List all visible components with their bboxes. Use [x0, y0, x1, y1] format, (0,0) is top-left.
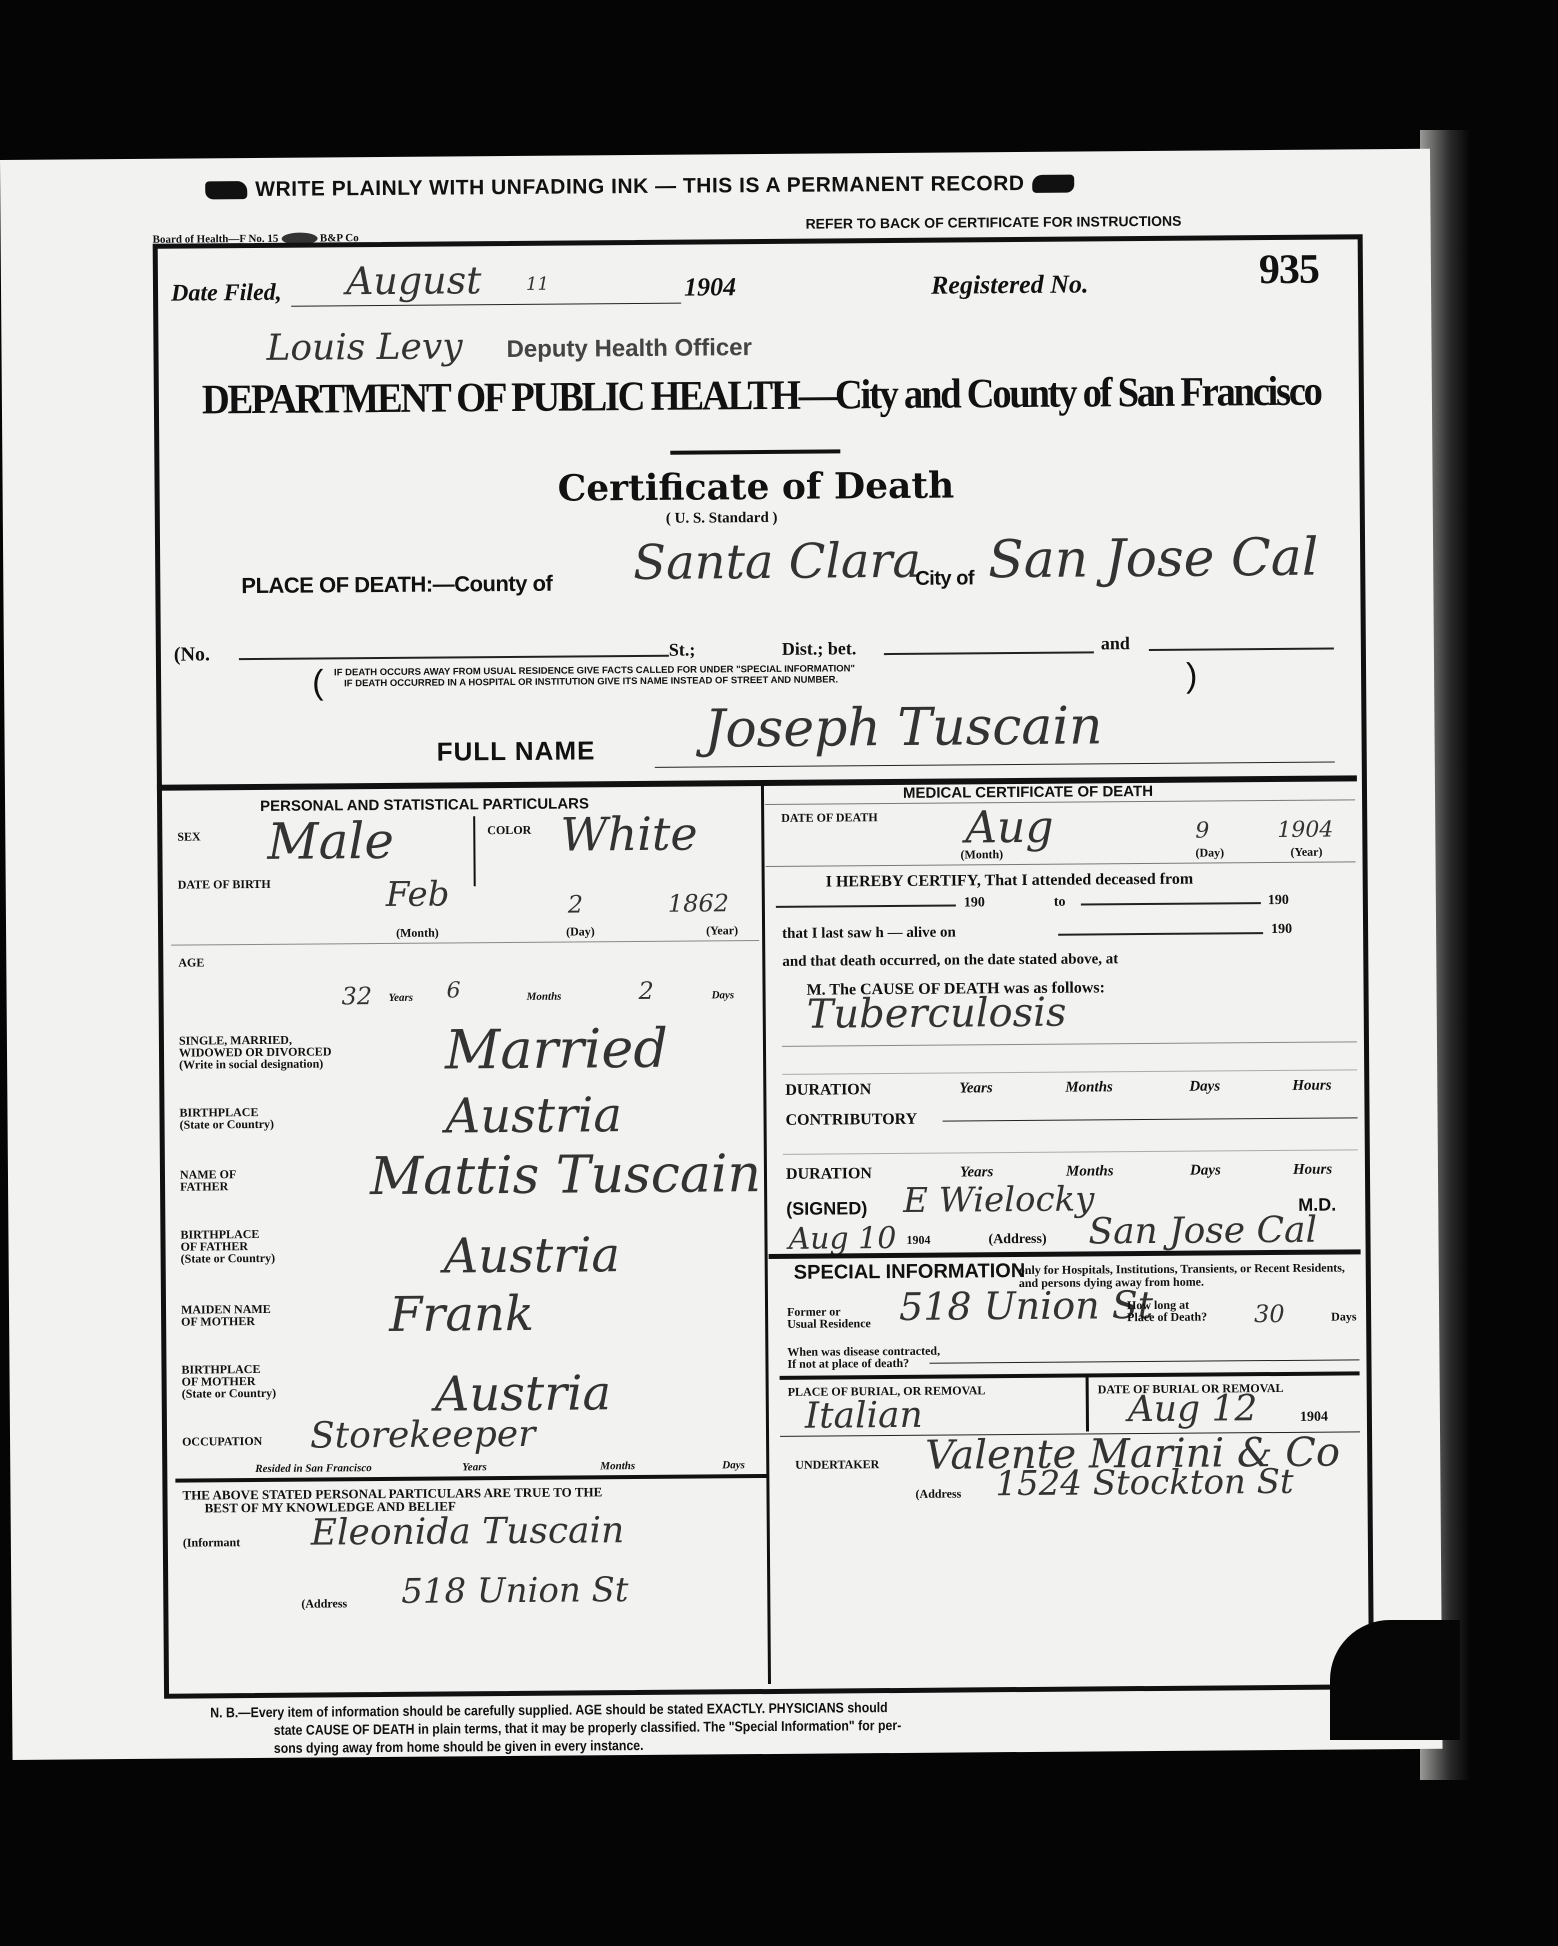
dob-year: 1862 — [668, 889, 729, 917]
dob-day: 2 — [568, 890, 584, 918]
color-label: COLOR — [487, 824, 531, 836]
signed-label: (SIGNED) — [786, 1198, 867, 1220]
birthplace-value: Austria — [445, 1087, 622, 1144]
dob-month: Feb — [386, 874, 450, 914]
county-value: Santa Clara — [633, 533, 921, 591]
full-name-value: Joseph Tuscain — [704, 696, 1102, 759]
dod-day: 9 — [1195, 819, 1209, 844]
mother-name-label: MAIDEN NAME OF MOTHER — [181, 1303, 271, 1328]
sex-label: SEX — [177, 830, 200, 842]
contributory-label: CONTRIBUTORY — [786, 1111, 918, 1130]
duration-label-2: DURATION — [786, 1165, 872, 1184]
father-name-label: NAME OF FATHER — [180, 1168, 237, 1192]
city-value: San Jose Cal — [988, 528, 1319, 591]
cause-of-death-value: Tuberculosis — [807, 990, 1067, 1038]
father-name-value: Mattis Tuscain — [370, 1144, 761, 1207]
page-curl — [1330, 1620, 1460, 1740]
undertaker-label: UNDERTAKER — [795, 1458, 879, 1471]
dod-year: 1904 — [1277, 818, 1333, 843]
sex-value: Male — [267, 812, 394, 871]
date-filed-month: August — [346, 258, 482, 303]
age-days: 2 — [638, 977, 654, 1005]
department-title: DEPARTMENT OF PUBLIC HEALTH—City and Cou… — [202, 368, 1321, 425]
place-note: IF DEATH OCCURS AWAY FROM USUAL RESIDENC… — [334, 663, 855, 689]
permanent-record-banner: WRITE PLAINLY WITH UNFADING INK — THIS I… — [205, 172, 1074, 203]
physician-address: San Jose Cal — [1088, 1210, 1317, 1253]
footnote: N. B.—Every item of information should b… — [210, 1698, 901, 1757]
date-filed-year: 1904 — [684, 272, 736, 302]
color-value: White — [560, 807, 698, 862]
informant-label: (Informant — [183, 1536, 240, 1548]
duration-label: DURATION — [785, 1081, 871, 1100]
date-filed-label: Date Filed, — [171, 280, 282, 308]
age-months: 6 — [446, 978, 460, 1003]
physician-signature: E Wielocky — [903, 1179, 1094, 1221]
pointing-hand-icon — [1032, 175, 1074, 193]
instructions-note: REFER TO BACK OF CERTIFICATE FOR INSTRUC… — [805, 213, 1181, 232]
contracted-label: When was disease contracted, If not at p… — [787, 1345, 940, 1370]
father-birthplace-value: Austria — [443, 1227, 620, 1284]
officer-title: Deputy Health Officer — [506, 334, 752, 364]
marital-value: Married — [445, 1017, 668, 1082]
burial-place-value: Italian — [805, 1395, 923, 1437]
marital-label: SINGLE, MARRIED, WIDOWED OR DIVORCED (Wr… — [179, 1033, 332, 1070]
dod-month: Aug — [965, 802, 1054, 854]
father-birthplace-label: BIRTHPLACE OF FATHER (State or Country) — [180, 1228, 275, 1265]
place-of-death-label: PLACE OF DEATH:—County of — [241, 571, 552, 599]
burial-date-value: Aug 12 — [1128, 1388, 1258, 1430]
certify-line-3: and that death occurred, on the date sta… — [782, 951, 1118, 971]
district-label: Dist.; bet. — [782, 638, 857, 660]
death-certificate-page: WRITE PLAINLY WITH UNFADING INK — THIS I… — [0, 149, 1443, 1760]
undertaker-address-label: (Address — [915, 1487, 961, 1499]
special-info-heading: SPECIAL INFORMATION — [794, 1260, 1026, 1285]
full-name-label: FULL NAME — [437, 735, 596, 767]
age-label: AGE — [178, 956, 204, 968]
dod-label: DATE OF DEATH — [781, 811, 878, 824]
howlong-value: 30 — [1254, 1300, 1285, 1328]
signed-date: Aug 10 — [788, 1221, 896, 1257]
pointing-hand-icon — [205, 182, 247, 200]
date-filed-day: 11 — [526, 274, 549, 295]
street-label: St.; — [669, 640, 696, 661]
residence-label: Former or Usual Residence — [787, 1305, 871, 1330]
informant-address-label: (Address — [301, 1597, 347, 1609]
informant-address-value: 518 Union St — [401, 1570, 629, 1612]
standard-subtitle: ( U. S. Standard ) — [666, 510, 778, 528]
certify-line-2: that I last saw h — alive on — [782, 925, 956, 943]
and-label: and — [1101, 633, 1130, 654]
birthplace-label: BIRTHPLACE (State or Country) — [179, 1106, 274, 1131]
undertaker-address-value: 1524 Stockton St — [995, 1462, 1294, 1504]
mother-name-value: Frank — [389, 1286, 534, 1343]
dob-label: DATE OF BIRTH — [178, 878, 271, 891]
certify-line-1: I HEREBY CERTIFY, That I attended deceas… — [826, 871, 1194, 892]
certificate-title: Certificate of Death — [557, 465, 954, 510]
city-label: City of — [915, 567, 974, 590]
officer-signature: Louis Levy — [266, 326, 462, 369]
occupation-label: OCCUPATION — [182, 1435, 262, 1448]
age-years: 32 — [341, 982, 372, 1010]
usual-residence-value: 518 Union St — [899, 1283, 1153, 1329]
howlong-label: How long at Place of Death? — [1127, 1299, 1207, 1324]
medical-heading: MEDICAL CERTIFICATE OF DEATH — [903, 783, 1153, 802]
mother-birthplace-label: BIRTHPLACE OF MOTHER (State or Country) — [181, 1363, 276, 1400]
occupation-value: Storekeeper — [310, 1414, 536, 1457]
street-no-label: (No. — [174, 643, 210, 666]
informant-value: Eleonida Tuscain — [311, 1510, 625, 1553]
registered-number: 935 — [1259, 246, 1319, 294]
registered-label: Registered No. — [931, 269, 1089, 300]
